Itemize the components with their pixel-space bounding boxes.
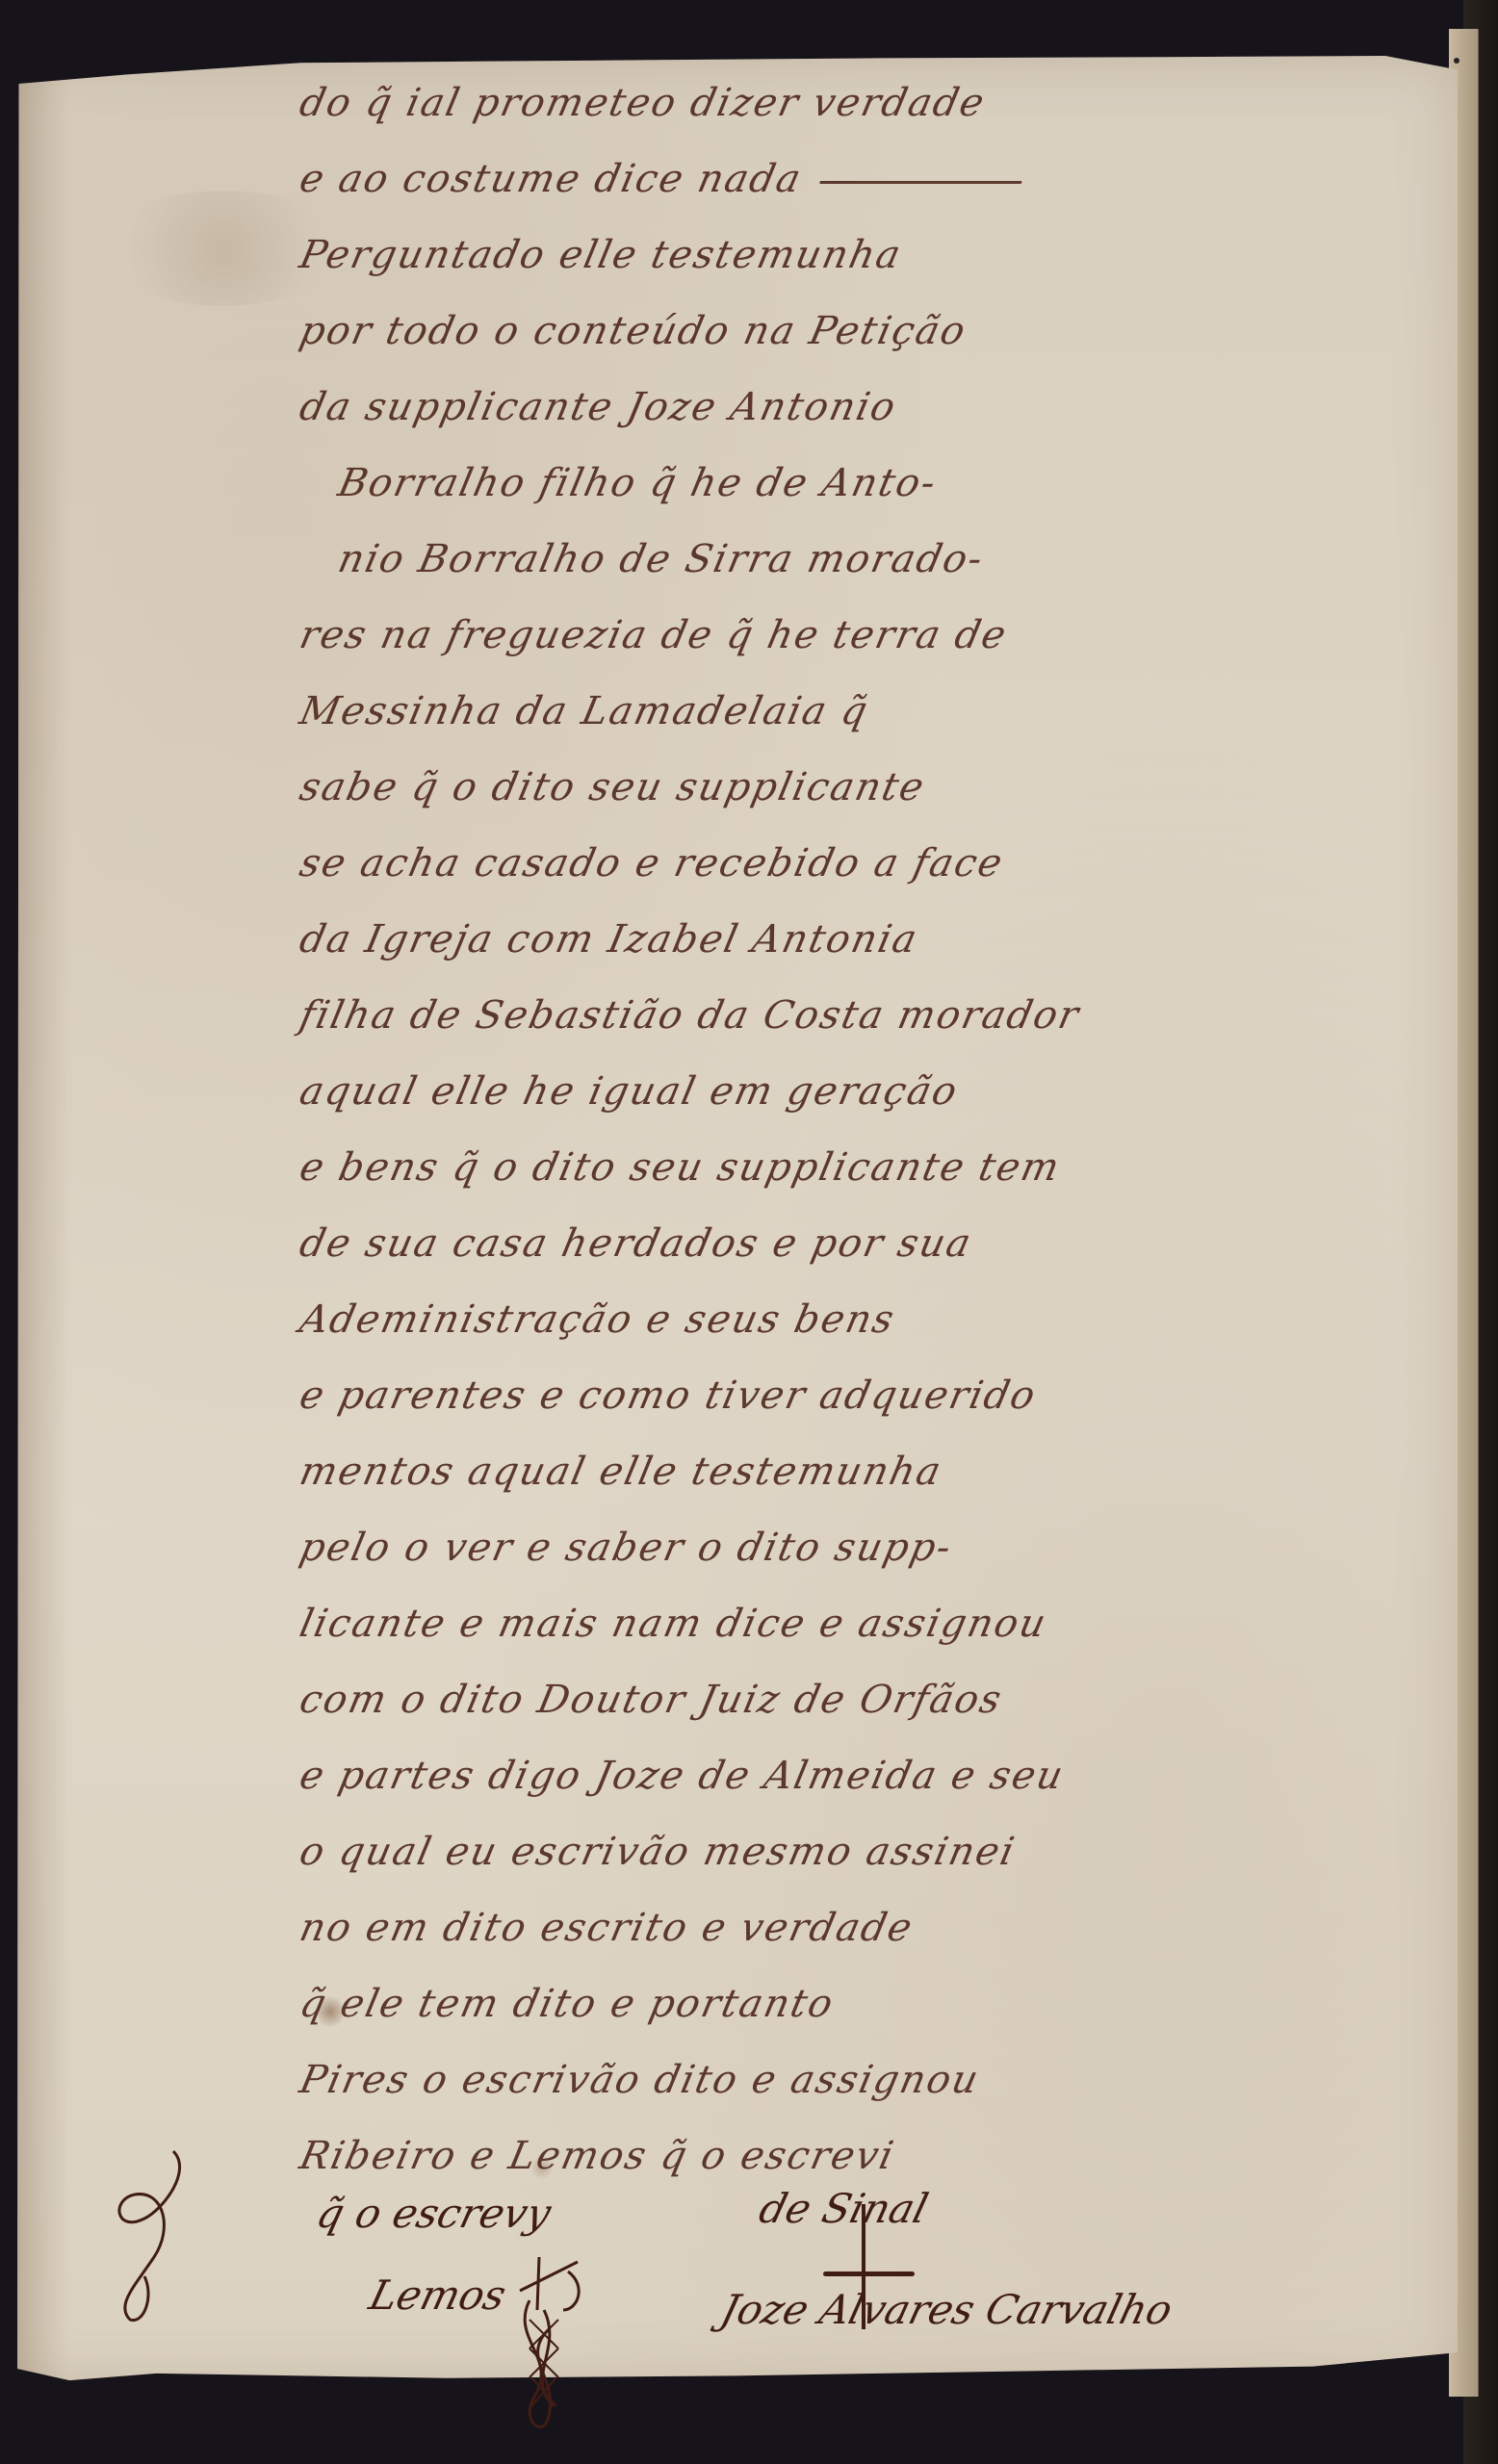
text-line: da Igreja com Izabel Antonia — [293, 902, 1407, 978]
manuscript-text: do q̃ ial prometeo dizer verdade e ao co… — [300, 65, 1398, 2194]
text-line: e ao costume dice nada — [293, 141, 1407, 218]
margin-paragraph-mark-icon — [106, 2142, 193, 2324]
text-line: filha de Sebastião da Costa morador — [293, 978, 1407, 1054]
text-line: e bens q̃ o dito seu supplicante tem — [293, 1130, 1407, 1206]
text-line: Perguntado elle testemunha — [293, 218, 1407, 294]
text-line: da supplicante Joze Antonio — [293, 370, 1407, 446]
manuscript-page: do q̃ ial prometeo dizer verdade e ao co… — [12, 56, 1458, 2385]
text-line: Ribeiro e Lemos q̃ o escrevi — [293, 2118, 1407, 2194]
text-line: no em dito escrito e verdade — [293, 1890, 1407, 1966]
text-line: do q̃ ial prometeo dizer verdade — [293, 65, 1407, 141]
paper-speck — [1454, 58, 1459, 64]
text-line: com o dito Doutor Juiz de Orfãos — [293, 1662, 1407, 1738]
text-line: mentos aqual elle testemunha — [293, 1434, 1407, 1510]
text-line: se acha casado e recebido a face — [293, 826, 1407, 902]
text-line: nio Borralho de Sirra morado- — [293, 522, 1407, 598]
cross-mark-horizontal — [823, 2271, 915, 2276]
text-line: por todo o conteúdo na Petição — [293, 294, 1407, 370]
text-line: e parentes e como tiver adquerido — [293, 1358, 1407, 1434]
line-filler-dash — [820, 181, 1023, 184]
text-line: Pires o escrivão dito e assignou — [293, 2042, 1407, 2118]
text-line: pelo o ver e saber o dito supp- — [293, 1510, 1407, 1586]
text-line: q̃ ele tem dito e portanto — [293, 1966, 1407, 2042]
signature-jose: Joze Alvares Carvalho — [716, 2286, 1177, 2333]
text-line: de sua casa herdados e por sua — [293, 1206, 1407, 1282]
text-line: sabe q̃ o dito seu supplicante — [293, 750, 1407, 826]
text-line: o qual eu escrivão mesmo assinei — [293, 1814, 1407, 1890]
signature-lemos: Lemos — [365, 2271, 511, 2319]
text-line: Messinha da Lamadelaia q̃ — [293, 674, 1407, 750]
text-line: e partes digo Joze de Almeida e seu — [293, 1738, 1407, 1814]
signature-rubric-icon — [491, 2252, 597, 2445]
text-line: res na freguezia de q̃ he terra de — [293, 598, 1407, 674]
text-line: Borralho filho q̃ he de Anto- — [293, 446, 1407, 522]
signature-mark-label: de Sinal — [755, 2185, 933, 2232]
text-line: licante e mais nam dice e assignou — [293, 1586, 1407, 1662]
text-line: aqual elle he igual em geração — [293, 1054, 1407, 1130]
text-line: Adeministração e seus bens — [293, 1282, 1407, 1358]
closing-phrase: q̃ o escrevy — [312, 2190, 555, 2237]
